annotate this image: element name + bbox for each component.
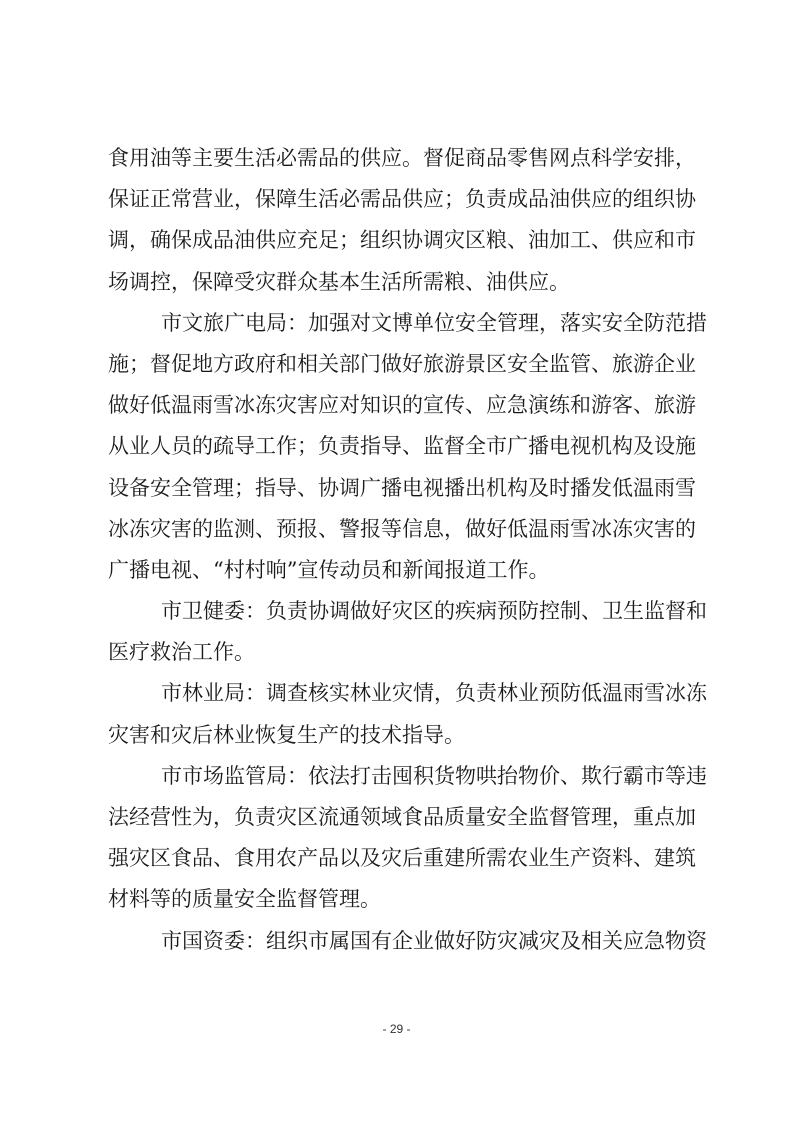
page-number: - 29 - xyxy=(0,1022,793,1036)
text-line: 材料等的质量安全监督管理。 xyxy=(108,879,694,920)
text-line: 市市场监管局：依法打击囤积货物哄抬物价、欺行霸市等违 xyxy=(108,756,694,797)
text-line: 法经营性为，负责灾区流通领域食品质量安全监督管理，重点加 xyxy=(108,797,694,838)
text-line: 调，确保成品油供应充足；组织协调灾区粮、油加工、供应和市 xyxy=(108,220,694,261)
text-line: 从业人员的疏导工作；负责指导、监督全市广播电视机构及设施 xyxy=(108,426,694,467)
text-line: 市文旅广电局：加强对文博单位安全管理，落实安全防范措 xyxy=(108,303,694,344)
text-line: 场调控，保障受灾群众基本生活所需粮、油供应。 xyxy=(108,262,694,303)
paragraph-culture-tourism-bureau: 市文旅广电局：加强对文博单位安全管理，落实安全防范措 施；督促地方政府和相关部门… xyxy=(108,303,694,591)
text-line: 保证正常营业，保障生活必需品供应；负责成品油供应的组织协 xyxy=(108,179,694,220)
text-line: 冰冻灾害的监测、预报、警报等信息，做好低温雨雪冰冻灾害的 xyxy=(108,509,694,550)
text-line: 强灾区食品、食用农产品以及灾后重建所需农业生产资料、建筑 xyxy=(108,838,694,879)
paragraph-forestry-bureau: 市林业局：调查核实林业灾情，负责林业预防低温雨雪冰冻 灾害和灾后林业恢复生产的技… xyxy=(108,673,694,755)
text-line: 灾害和灾后林业恢复生产的技术指导。 xyxy=(108,715,694,756)
paragraph-state-assets-commission: 市国资委：组织市属国有企业做好防灾减灾及相关应急物资 xyxy=(108,921,694,962)
document-body: 食用油等主要生活必需品的供应。督促商品零售网点科学安排， 保证正常营业，保障生活… xyxy=(108,138,694,962)
paragraph-health-commission: 市卫健委：负责协调做好灾区的疾病预防控制、卫生监督和 医疗救治工作。 xyxy=(108,591,694,673)
text-line: 医疗救治工作。 xyxy=(108,632,694,673)
text-line: 设备安全管理；指导、协调广播电视播出机构及时播发低温雨雪 xyxy=(108,468,694,509)
paragraph-market-regulation-bureau: 市市场监管局：依法打击囤积货物哄抬物价、欺行霸市等违 法经营性为，负责灾区流通领… xyxy=(108,756,694,921)
text-line: 施；督促地方政府和相关部门做好旅游景区安全监管、旅游企业 xyxy=(108,344,694,385)
document-page: 食用油等主要生活必需品的供应。督促商品零售网点科学安排， 保证正常营业，保障生活… xyxy=(0,0,793,1121)
text-line: 广播电视、“村村响”宣传动员和新闻报道工作。 xyxy=(108,550,694,591)
text-line: 做好低温雨雪冰冻灾害应对知识的宣传、应急演练和游客、旅游 xyxy=(108,385,694,426)
text-line: 市卫健委：负责协调做好灾区的疾病预防控制、卫生监督和 xyxy=(108,591,694,632)
paragraph-commerce-continuation: 食用油等主要生活必需品的供应。督促商品零售网点科学安排， 保证正常营业，保障生活… xyxy=(108,138,694,303)
text-line: 食用油等主要生活必需品的供应。督促商品零售网点科学安排， xyxy=(108,138,694,179)
text-line: 市林业局：调查核实林业灾情，负责林业预防低温雨雪冰冻 xyxy=(108,673,694,714)
text-line: 市国资委：组织市属国有企业做好防灾减灾及相关应急物资 xyxy=(108,921,694,962)
